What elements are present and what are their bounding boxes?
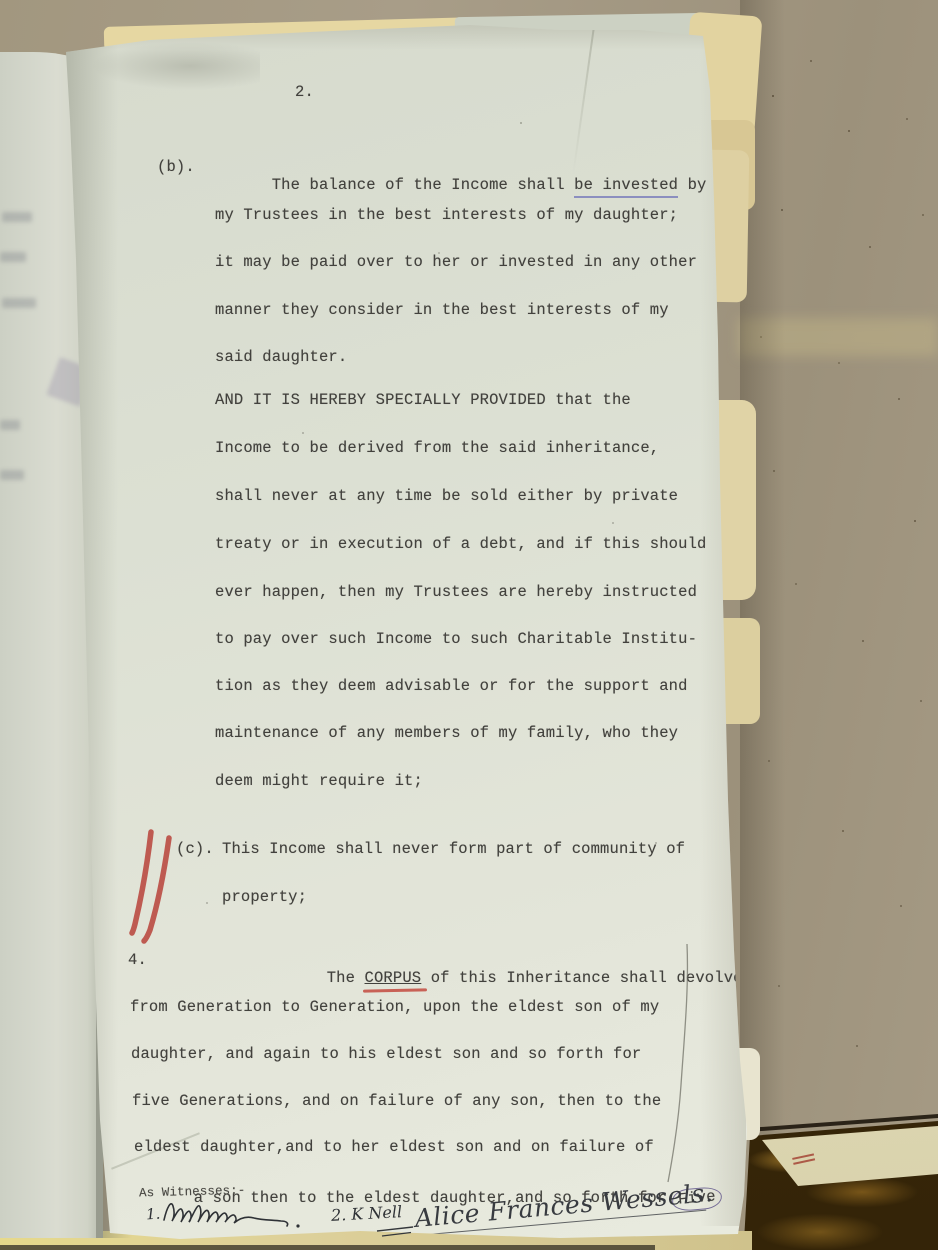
clause-4-label: 4. [128, 951, 147, 969]
typed-line: deem might require it; [215, 772, 423, 790]
ink-underlined-words: be invested [574, 176, 678, 198]
archive-photo: 2. (b). The balance of the Income shall … [0, 0, 938, 1250]
typed-line: five Generations, and on failure of any … [132, 1092, 661, 1110]
typed-line: to pay over such Income to such Charitab… [215, 630, 697, 648]
typed-line: my Trustees in the best interests of my … [215, 206, 678, 224]
page-number: 2. [295, 83, 314, 101]
typed-line: from Generation to Generation, upon the … [130, 998, 659, 1016]
typed-line: treaty or in execution of a debt, and if… [215, 535, 706, 553]
clause-c-label: (c). [176, 840, 214, 858]
bleed-through-mark [0, 470, 24, 480]
bottom-shadow-strip [0, 1245, 655, 1250]
bleed-through-mark [2, 298, 36, 308]
typed-line: The CORPUS of this Inheritance shall dev… [270, 951, 752, 1005]
typed-line: shall never at any time be sold either b… [215, 487, 678, 505]
typed-line: it may be paid over to her or invested i… [215, 253, 697, 271]
typed-line: said daughter. [215, 348, 347, 366]
typed-line: eldest daughter,and to her eldest son an… [134, 1138, 654, 1156]
bleed-through-mark [0, 420, 20, 430]
witness2-number: 2. [331, 1205, 352, 1225]
clause-b-label: (b). [157, 158, 195, 176]
typed-line: ever happen, then my Trustees are hereby… [215, 583, 697, 601]
typed-line: This Income shall never form part of com… [222, 840, 685, 858]
typed-line: The balance of the Income shall be inves… [215, 158, 707, 212]
clause-b-line1-post: by [678, 176, 706, 194]
bleed-through-mark [2, 212, 32, 222]
witness1-number: 1. [145, 1205, 161, 1224]
typed-line: maintenance of any members of my family,… [215, 724, 678, 742]
corpus-word-underlined: CORPUS [365, 969, 422, 987]
typed-line: daughter, and again to his eldest son an… [131, 1045, 641, 1063]
clause-b-line1-pre: The balance of the Income shall [272, 176, 574, 194]
witness2-name: K Nell [351, 1202, 403, 1224]
typed-line: Income to be derived from the said inher… [215, 439, 659, 457]
typed-line: property; [222, 888, 307, 906]
clause-4-line1-post: of this Inheritance shall devolve, [421, 969, 752, 987]
cardboard-speckles [0, 0, 2, 2]
witness2-signature: 2. K Nell [331, 1202, 403, 1225]
typed-line: tion as they deem advisable or for the s… [215, 677, 688, 695]
typed-line: AND IT IS HEREBY SPECIALLY PROVIDED that… [215, 391, 631, 409]
witnesses-heading: As Witnesses:- [139, 1184, 246, 1201]
corner-curl-shadow [70, 42, 260, 102]
bleed-through-mark [0, 252, 26, 262]
typed-line: manner they consider in the best interes… [215, 301, 669, 319]
clause-4-line1-pre: The [327, 969, 365, 987]
